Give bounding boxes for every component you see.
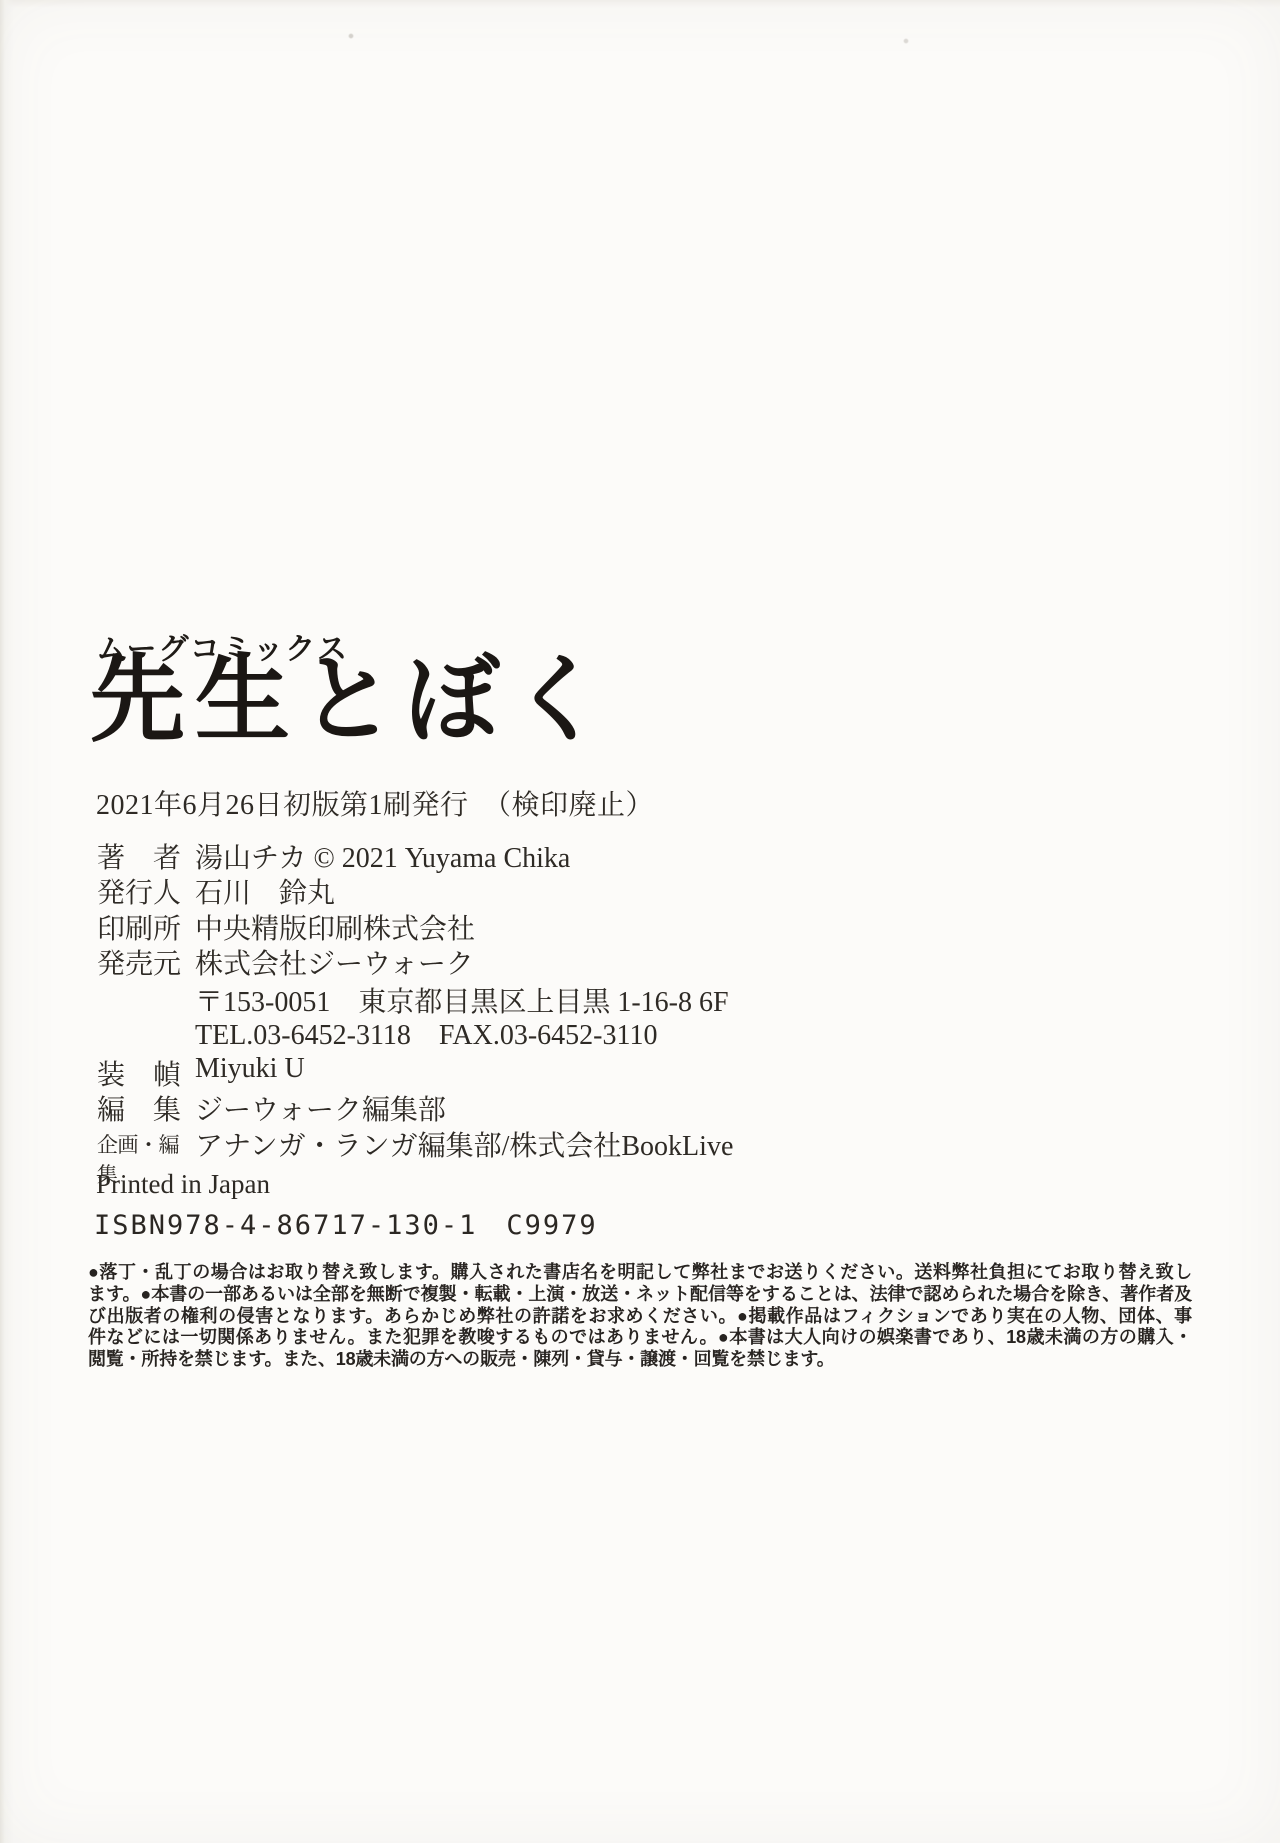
colophon-block: 著 者 湯山チカ © 2021 Yuyama Chika 発行人 石川 鈴丸 印… — [97, 836, 1187, 978]
book-title: 先生とぼく — [90, 650, 615, 751]
staff-row-planning-editing: 企画・編集 アナンガ・ランガ編集部/株式会社BookLive — [97, 1124, 1187, 1159]
colophon-row-printer: 印刷所 中央精版印刷株式会社 — [97, 907, 1187, 942]
colophon-page: ムーグコミックス 先生とぼく 2021年6月26日初版第1刷発行 （検印廃止） … — [0, 0, 1280, 1843]
editing-value: ジーウォーク編集部 — [195, 1088, 1187, 1128]
disclaimer-line: 件などには一切関係ありません。また犯罪を教唆するものではありません。●本書は大人… — [88, 1327, 1192, 1349]
staff-block: 装 幀 Miyuki U 編 集 ジーウォーク編集部 企画・編集 アナンガ・ラン… — [97, 1053, 1187, 1159]
staff-row-design: 装 幀 Miyuki U — [97, 1053, 1187, 1088]
distributor-value: 株式会社ジーウォーク — [195, 942, 1187, 982]
author-label: 著 者 — [97, 836, 195, 876]
disclaimer-line: び出版者の権利の侵害となります。あらかじめ弊社の許諾をお求めください。●掲載作品… — [88, 1306, 1192, 1328]
publisher-person-label: 発行人 — [97, 871, 195, 911]
isbn-line: ISBN978-4-86717-130-1 C9979 — [94, 1203, 598, 1242]
planning-editing-value: アナンガ・ランガ編集部/株式会社BookLive — [195, 1124, 1187, 1164]
printer-label: 印刷所 — [97, 907, 195, 947]
publisher-person-value: 石川 鈴丸 — [195, 871, 1187, 911]
disclaimer-line: 閲覧・所持を禁じます。また、18歳未満の方への販売・陳列・貸与・譲渡・回覧を禁じ… — [88, 1349, 1192, 1371]
publisher-address-block: 〒153-0051 東京都目黒区上目黒 1-16-8 6F TEL.03-645… — [195, 986, 729, 1052]
distributor-label: 発売元 — [97, 942, 195, 982]
printer-value: 中央精版印刷株式会社 — [195, 907, 1187, 947]
design-value: Miyuki U — [195, 1053, 1187, 1085]
legal-disclaimer-block: ●落丁・乱丁の場合はお取り替え致します。購入された書店名を明記して弊社までお送り… — [88, 1262, 1192, 1371]
colophon-row-distributor: 発売元 株式会社ジーウォーク — [97, 942, 1187, 977]
edition-line: 2021年6月26日初版第1刷発行 （検印廃止） — [96, 783, 654, 823]
colophon-row-publisher-person: 発行人 石川 鈴丸 — [97, 871, 1187, 906]
colophon-row-author: 著 者 湯山チカ © 2021 Yuyama Chika — [97, 836, 1187, 871]
printed-in-japan: Printed in Japan — [96, 1169, 270, 1200]
editing-label: 編 集 — [97, 1088, 195, 1128]
design-label: 装 幀 — [97, 1053, 195, 1093]
disclaimer-line: ます。●本書の一部あるいは全部を無断で複製・転載・上演・放送・ネット配信等をする… — [88, 1284, 1192, 1306]
postal-address-line: 〒153-0051 東京都目黒区上目黒 1-16-8 6F — [195, 986, 729, 1019]
staff-row-editing: 編 集 ジーウォーク編集部 — [97, 1088, 1187, 1123]
tel-fax-line: TEL.03-6452-3118 FAX.03-6452-3110 — [195, 1019, 729, 1052]
disclaimer-line: ●落丁・乱丁の場合はお取り替え致します。購入された書店名を明記して弊社までお送り… — [88, 1262, 1192, 1284]
author-value: 湯山チカ © 2021 Yuyama Chika — [195, 836, 1187, 876]
